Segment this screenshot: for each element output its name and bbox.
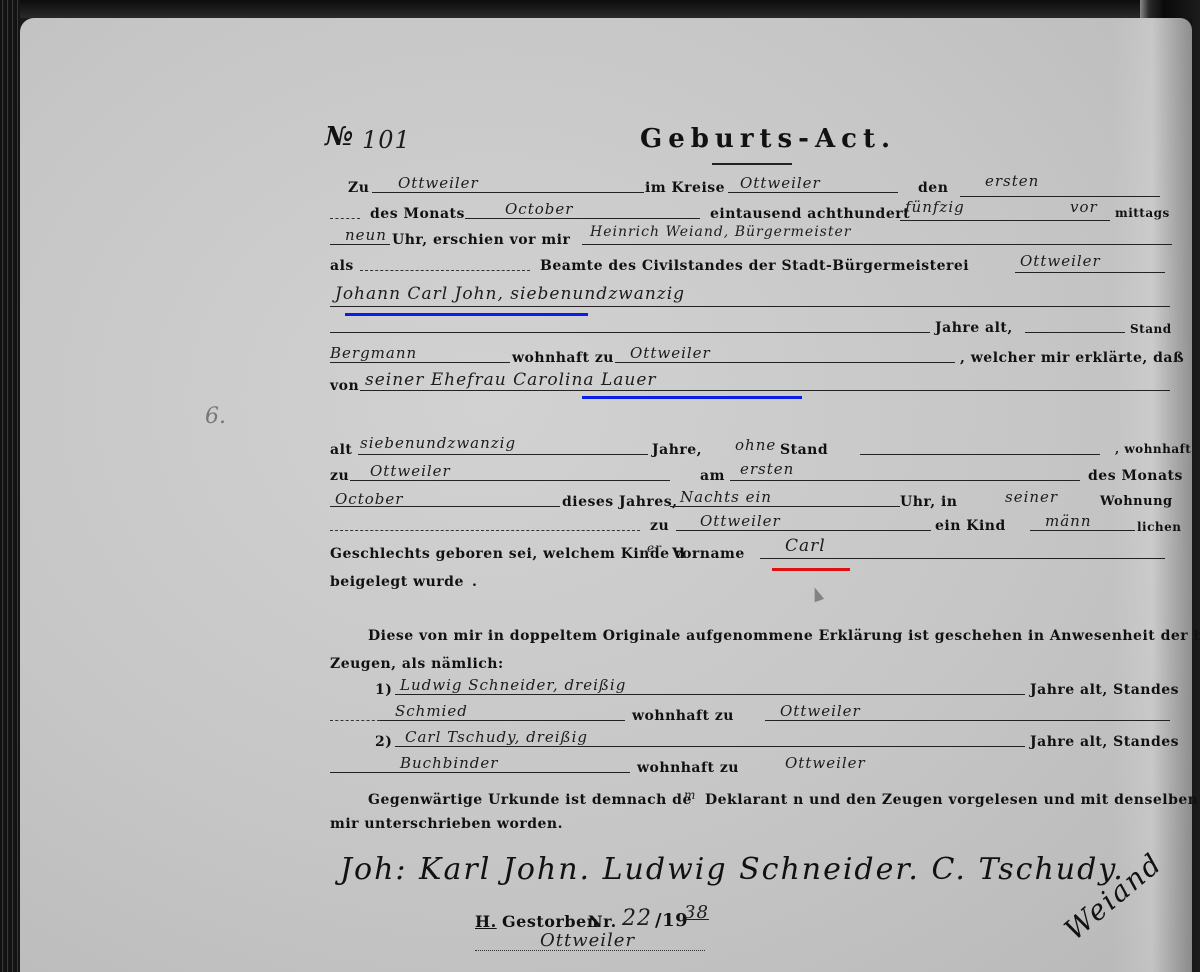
label-wohnhaft2: , wohnhaft [1115,442,1191,456]
field-article: er [647,541,662,555]
field-line [330,530,640,531]
record-number-label: № [325,122,354,152]
label-welcher: , welcher mir erklärte, daß [960,350,1184,366]
death-note-prefix: H. [475,912,497,931]
field-line [330,772,630,773]
field-hour: neun [345,226,387,244]
label-wohnung: Wohnung [1100,494,1173,509]
field-mother-age: siebenundzwanzig [360,434,516,452]
field-line [330,306,1170,307]
book-edge-top [0,0,1200,18]
field-line [330,332,930,333]
label-zu: Zu [348,180,369,196]
label-zu3: zu [650,518,669,534]
field-line [358,454,648,455]
field-sex: männ [1045,512,1092,530]
label-stand: Stand [1130,322,1172,336]
label-vorname: Vorname [672,546,745,562]
field-place: Ottweiler [398,174,479,192]
field-line [380,720,625,721]
field-dwelling-place: Ottweiler [700,512,781,530]
field-line [730,480,1080,481]
highlight-father-name [345,313,588,316]
label-ein-kind: ein Kind [935,518,1006,534]
field-line [330,720,380,721]
field-birth-day: ersten [740,460,794,478]
field-declarant: Johann Carl John, siebenundzwanzig [335,284,685,304]
margin-note: 6. [205,404,226,429]
label-beigelegt: beigelegt wurde [330,574,464,590]
field-line [330,362,510,363]
death-note-line [475,950,705,951]
field-line [615,362,955,363]
label-beamte: Beamte des Civilstandes der Stadt-Bürger… [540,258,969,274]
field-line [395,746,1025,747]
label-mittags: mittags [1115,206,1170,220]
field-residence: Ottweiler [630,344,711,362]
field-birth-place: Ottweiler [370,462,451,480]
closing-paragraph-end: mir unterschrieben worden. [330,816,563,832]
witness-1-number: 1) [375,682,392,698]
witness-1-age-label: Jahre alt, Standes [1030,682,1179,698]
death-note-place: Ottweiler [540,930,635,951]
witness-1-name: Ludwig Schneider, dreißig [400,676,626,694]
field-line [330,244,390,245]
field-kreis: Ottweiler [740,174,821,192]
label-jahre: Jahre, [652,442,702,458]
witness-1-wohnhaft: wohnhaft zu [632,708,734,724]
closing-paragraph-b: Deklarant n und den Zeugen vorgelesen un… [705,792,1200,808]
witness-1-residence: Ottweiler [780,702,861,720]
label-uhr-erschien: Uhr, erschien vor mir [392,232,570,248]
field-month: October [505,200,573,218]
field-day: ersten [985,172,1039,190]
label-period: . [472,574,477,590]
label-eintausend: eintausend achthundert [710,206,910,222]
field-line [372,192,644,193]
book-spine-left [0,0,20,972]
field-line [350,480,670,481]
field-year: fünfzig [905,198,965,216]
field-line [360,270,530,271]
label-den: den [918,180,948,196]
highlight-mother-name [582,396,802,399]
closing-paragraph-hand: m [684,788,696,802]
page-title: Geburts-Act. [640,124,896,154]
field-line [1015,272,1165,273]
witness-2-wohnhaft: wohnhaft zu [637,760,739,776]
field-dwelling: seiner [1005,488,1058,506]
label-lichen: lichen [1137,520,1182,534]
field-line [1030,530,1135,531]
paragraph-declaration: Diese von mir in doppeltem Originale auf… [368,628,1200,644]
field-line [760,558,1165,559]
witness-2-age-label: Jahre alt, Standes [1030,734,1179,750]
death-note-number: 22 [622,906,652,931]
field-line [465,218,700,219]
label-alt: alt [330,442,352,458]
field-child-name: Carl [785,536,826,556]
field-official: Heinrich Weiand, Bürgermeister [590,224,851,240]
witness-2-occupation: Buchbinder [400,754,498,772]
field-line [860,454,1100,455]
label-im-kreise: im Kreise [645,180,725,196]
label-des-monats2: des Monats [1088,468,1183,484]
record-number: 101 [362,126,411,154]
field-line [765,720,1170,721]
label-jahre-alt: Jahre alt, [935,320,1013,336]
field-line [582,244,1172,245]
field-line [1025,332,1125,333]
label-von: von [330,378,359,394]
label-uhr-in: Uhr, in [900,494,958,510]
field-line [330,506,560,507]
field-buergermeisterei: Ottweiler [1020,252,1101,270]
witness-2-number: 2) [375,734,392,750]
field-line [360,390,1170,391]
field-line [960,196,1160,197]
field-line [900,220,1110,221]
paragraph-witnesses-intro: Zeugen, als nämlich: [330,656,504,672]
highlight-child-name [772,568,850,571]
witness-1-occupation: Schmied [395,702,468,720]
signatures: Joh: Karl John. Ludwig Schneider. C. Tsc… [340,852,1125,887]
label-dieses-jahres: dieses Jahres, [562,494,677,510]
death-note-nr-label: Nr. [588,912,617,931]
label-wohnhaft: wohnhaft zu [512,350,614,366]
title-underline [712,163,792,165]
label-des-monats: des Monats [370,206,465,222]
label-zu2: zu [330,468,349,484]
witness-2-residence: Ottweiler [785,754,866,772]
field-line [728,192,898,193]
field-line [395,694,1025,695]
field-line [330,218,360,219]
label-geschlechts: Geschlechts geboren sei, welchem Kinde d [330,546,685,562]
label-als: als [330,258,354,274]
label-am: am [700,468,725,484]
witness-2-name: Carl Tschudy, dreißig [405,728,588,746]
field-mother: seiner Ehefrau Carolina Lauer [365,370,657,390]
field-line [670,506,900,507]
death-note-year-hand: 38 [684,902,709,923]
field-mother-stand: ohne [735,436,776,454]
field-birth-hour: Nachts ein [680,488,772,506]
field-occupation: Bergmann [330,344,417,362]
field-line [676,530,931,531]
death-note-label: Gestorben [502,912,599,931]
label-stand2: Stand [780,442,828,458]
closing-paragraph-a: Gegenwärtige Urkunde ist demnach de [368,792,692,808]
field-vor: vor [1070,198,1098,216]
